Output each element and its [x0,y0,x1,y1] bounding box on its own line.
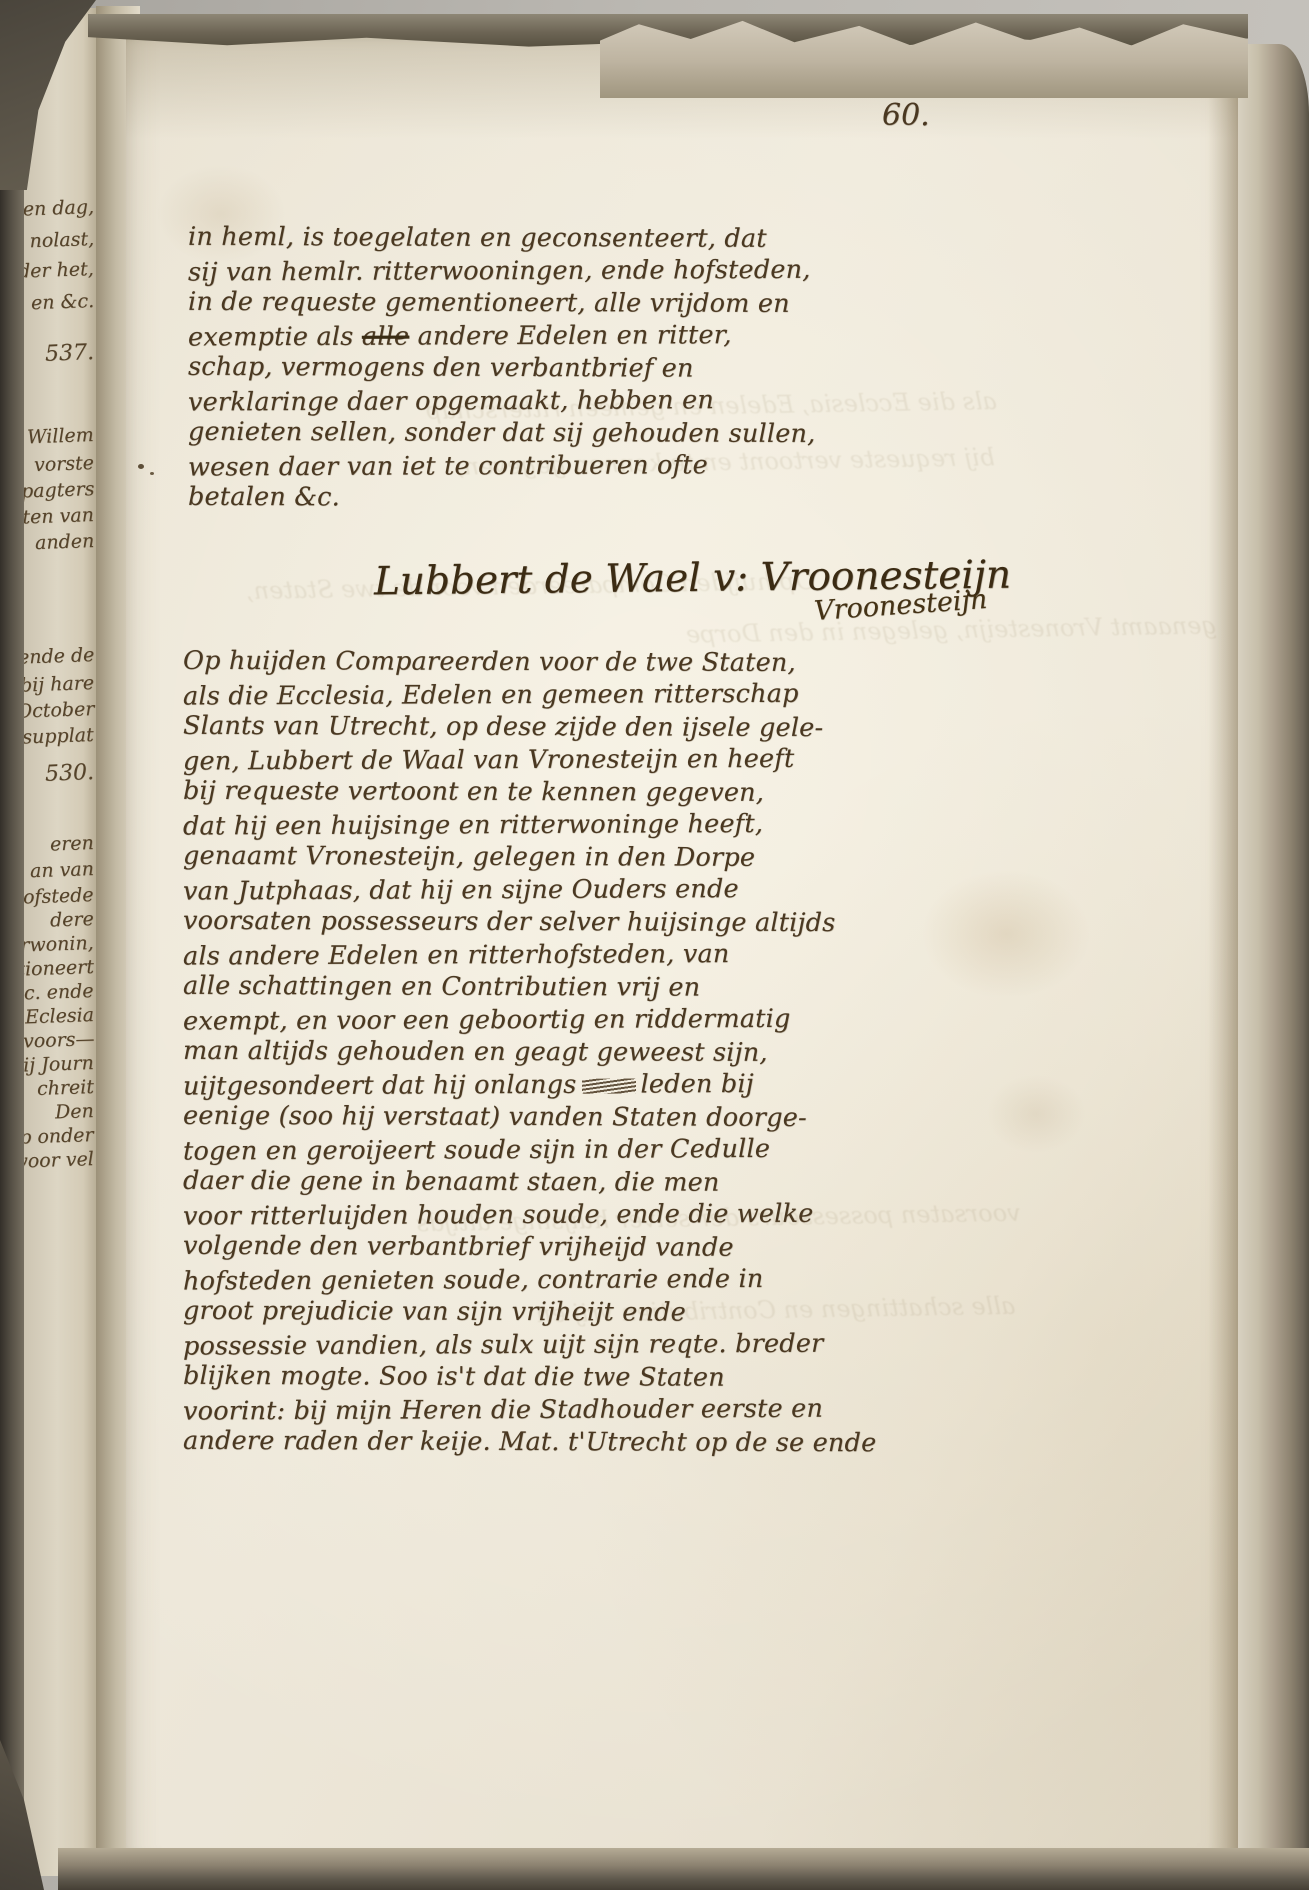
manuscript-line: bij requeste vertoont en te kennen gegev… [183,775,863,810]
facing-page-text-fragment: voor vel [24,1148,94,1173]
page-number: 60. [882,98,930,133]
facing-page-text-fragment: slap onder [24,1124,94,1150]
manuscript-line: voor ritterluijden houden soude, ende di… [183,1197,863,1232]
book-bottom-edge [58,1848,1309,1890]
manuscript-line: verklaringe daer opgemaakt, hebben en [188,383,868,418]
manuscript-line: genaamt Vronesteijn, gelegen in den Dorp… [183,840,863,875]
facing-page-text-fragment: Eclesia [25,1004,95,1028]
manuscript-line: wesen daer van iet te contribueren ofte [188,448,868,483]
facing-page-text-fragment: Den [55,1100,94,1123]
facing-page-text-fragment: en &c. [31,290,95,314]
facing-page-text-fragment: der het, [24,258,94,283]
manuscript-line: alle schattingen en Contributien vrij en [183,970,863,1005]
manuscript-line: groot prejudicie van sijn vrijheijt ende [183,1295,863,1330]
facing-page-text-fragment: voors— [24,1028,94,1052]
scribbled-out-word [581,1078,635,1093]
facing-page-text-fragment: 537. [45,342,95,366]
paper-stain [921,869,1091,999]
facing-page-text-fragment: &c. ende [24,980,94,1005]
manuscript-line-with-scribble: uijtgesondeert dat hij onlangsleden bij [183,1067,863,1102]
facing-page-text-fragment: n supplat [24,724,94,749]
line-text: exemptie als [188,321,362,352]
wormhole-marks [138,464,144,469]
facing-page-text-fragment: Willem [27,424,94,448]
manuscript-page: als die Ecclesia, Edelen en gemeen ritte… [126,24,1238,1864]
manuscript-line: Op huijden Compareerden voor de twe Stat… [183,645,863,680]
facing-page-text-fragment: ag nolast, [24,228,94,253]
facing-page-text-fragment: erwonin, [24,932,94,957]
page-fore-edges [1238,44,1309,1868]
facing-page-text-fragment: 530. [45,762,95,786]
facing-page-edge: sen dag, ag nolast, der het, en &c. 537.… [24,8,98,1876]
photo-backdrop: sen dag, ag nolast, der het, en &c. 537.… [0,0,1309,1890]
manuscript-line: possessie vandien, als sulx uijt sijn re… [183,1327,863,1362]
facing-page-text-fragment: dere [50,908,94,932]
manuscript-line: sij van hemlr. ritterwooningen, ende hof… [188,253,868,288]
manuscript-line: voorsaten possesseurs der selver huijsin… [183,905,863,940]
facing-page-text-fragment: eren [50,832,95,856]
manuscript-line: dat hij een huijsinge en ritterwoninge h… [183,807,863,842]
facing-page-text-fragment: pagters [24,478,94,503]
struck-word: alle [362,321,410,351]
facing-page-text-fragment: laten van [24,504,94,529]
manuscript-line: van Jutphaas, dat hij en sijne Ouders en… [183,872,863,907]
line-text: uijtgesondeert dat hij onlangs [183,1069,577,1101]
manuscript-line: als andere Edelen en ritterhofsteden, va… [183,937,863,972]
manuscript-line: andere raden der keije. Mat. t'Utrecht o… [183,1425,863,1460]
facing-page-text-fragment: vorste [34,452,95,476]
manuscript-line: eenige (soo hij verstaat) vanden Staten … [183,1100,863,1135]
manuscript-line: in heml, is toegelaten en geconsenteert,… [188,221,868,256]
manuscript-line: Slants van Utrecht, op dese zijde den ij… [183,710,863,745]
paragraph-1: in heml, is toegelaten en geconsenteert,… [188,222,868,515]
facing-page-text-fragment: anden [34,530,94,554]
book-spine [0,0,26,1890]
manuscript-line: blijken mogte. Soo is't dat die twe Stat… [183,1360,863,1395]
manuscript-line: hofsteden genieten soude, contrarie ende… [183,1262,863,1297]
paragraph-2: Op huijden Compareerden voor de twe Stat… [183,646,863,1459]
manuscript-line: gen, Lubbert de Waal van Vronesteijn en … [183,742,863,777]
manuscript-line: exempt, en voor een geboortig en ridderm… [183,1002,863,1037]
paper-stain [986,1074,1086,1154]
facing-page-text-fragment: an van [30,858,95,882]
facing-page-text-fragment: sen dag, [24,196,94,221]
manuscript-line: togen en geroijeert soude sijn in der Ce… [183,1132,863,1167]
facing-page-text-fragment: ationeert [24,956,94,981]
facing-page-text-fragment: ij.en October [24,698,94,724]
manuscript-line: daer die gene in benaamt staen, die men [183,1165,863,1200]
facing-page-text-fragment: bij Journ [24,1052,94,1077]
line-text: leden bij [640,1068,754,1098]
manuscript-line: betalen &c. [188,481,868,516]
manuscript-line: volgende den verbantbrief vrijheijd vand… [183,1230,863,1265]
manuscript-line: in de requeste gementioneert, alle vrijd… [188,286,868,321]
facing-page-text-fragment: ofstede [24,884,94,908]
line-text: andere Edelen en ritter, [409,320,732,351]
manuscript-line: schap, vermogens den verbantbrief en [188,351,868,386]
facing-page-text-fragment: bij hare [24,672,94,697]
facing-page-text-fragment: chreit [37,1076,95,1100]
manuscript-line: genieten sellen, sonder dat sij gehouden… [188,416,868,451]
manuscript-line: als die Ecclesia, Edelen en gemeen ritte… [183,677,863,712]
facing-page-text-fragment: ende de [24,644,94,669]
manuscript-line-with-strikethrough: exemptie als alle andere Edelen en ritte… [188,318,868,353]
page-edge-shading [1208,24,1238,1864]
manuscript-line: voorint: bij mijn Heren die Stadhouder e… [183,1392,863,1427]
manuscript-line: man altijds gehouden en geagt geweest si… [183,1035,863,1070]
